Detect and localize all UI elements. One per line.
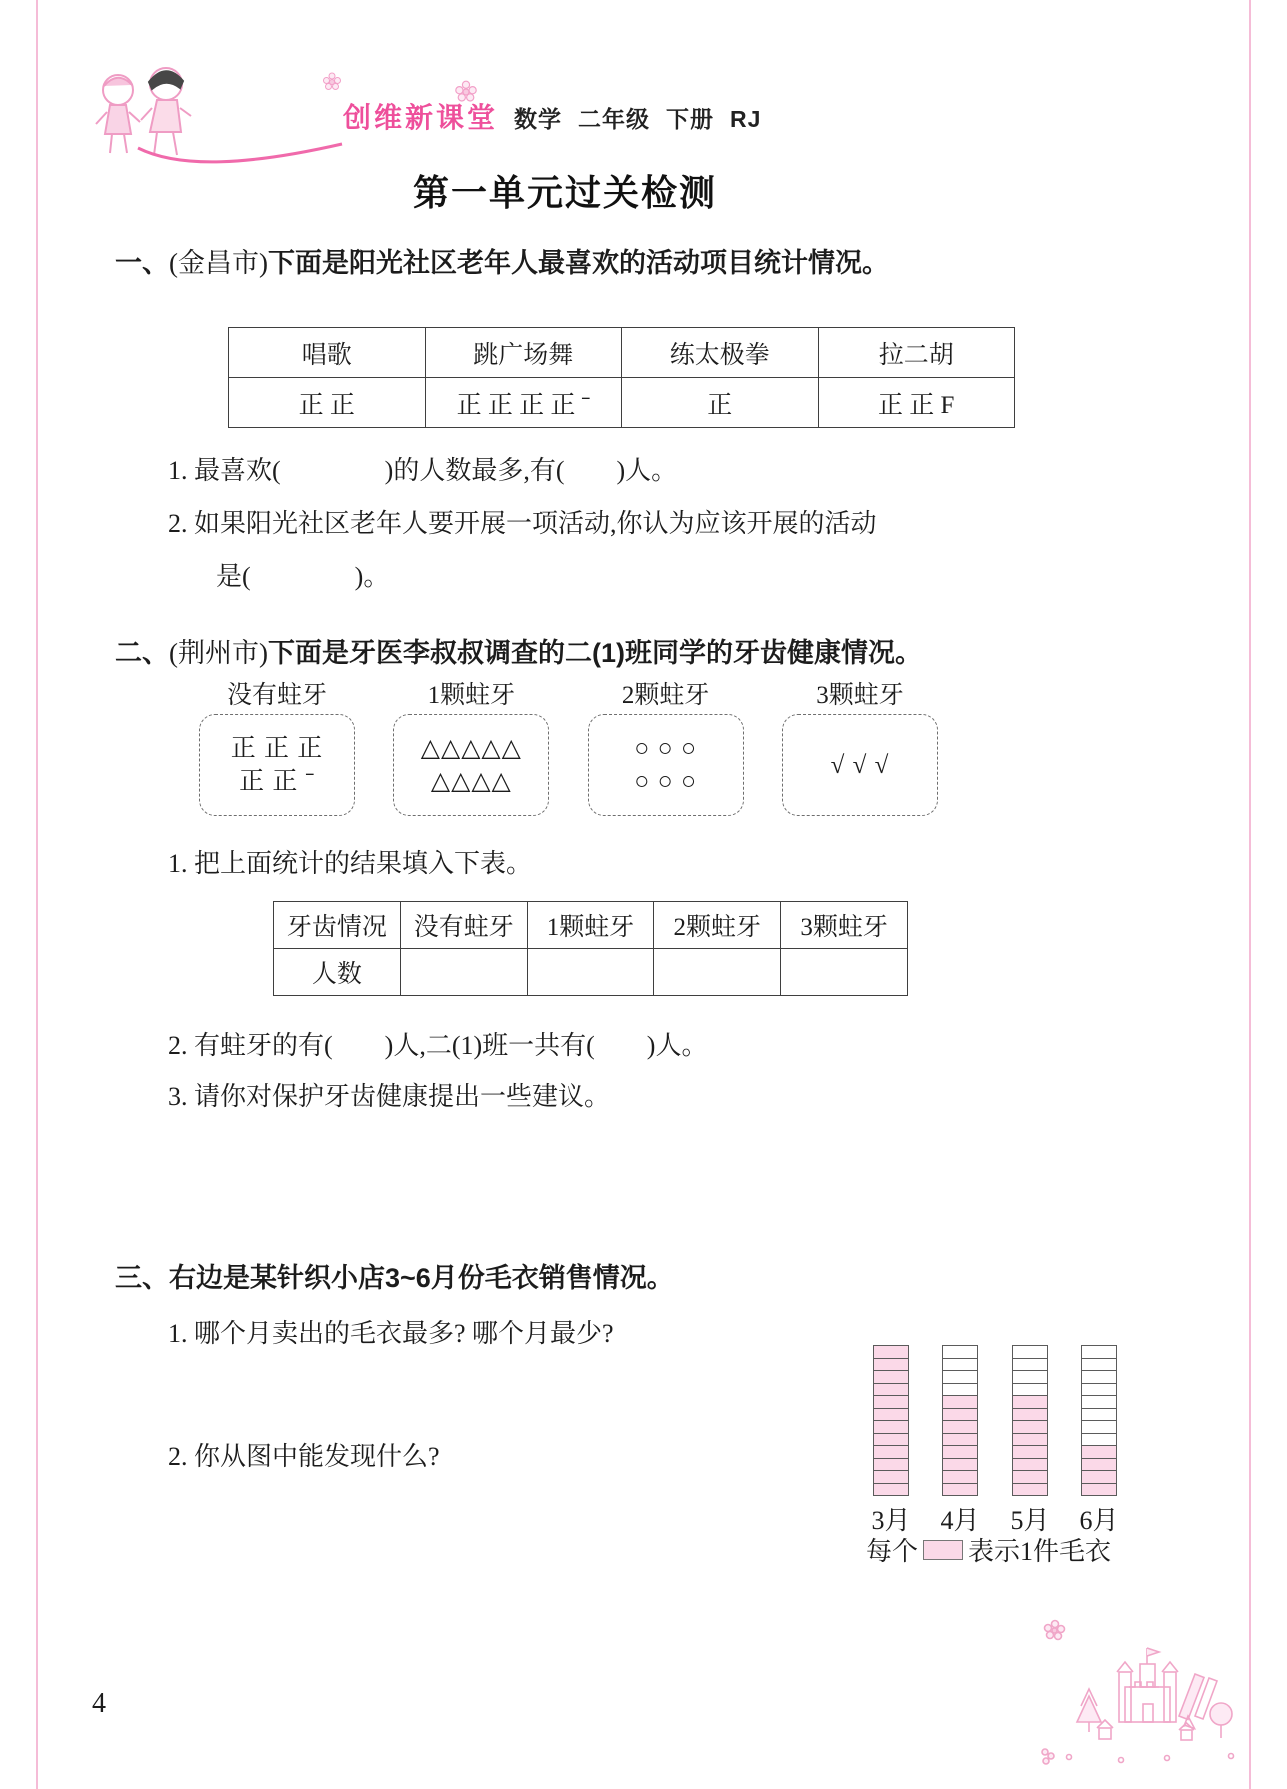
pictograph-cell — [1013, 1408, 1047, 1421]
teeth-header-cell: 没有蛀牙 — [400, 902, 527, 949]
pictograph-cell — [1013, 1358, 1047, 1371]
tally-box-group: 没有蛀牙正 正 正正 正 ˉ — [197, 682, 357, 816]
pictograph-column — [1012, 1345, 1048, 1496]
brand-logo-text: 创维新课堂 — [343, 96, 498, 136]
teeth-count-cell — [527, 949, 654, 996]
pictograph-cell — [1013, 1383, 1047, 1396]
pictograph-cell — [943, 1346, 977, 1358]
section2-question3: 3. 请你对保护牙齿健康提出一些建议。 — [168, 1076, 610, 1113]
tally-boxes: 没有蛀牙正 正 正正 正 ˉ1颗蛀牙△△△△△△△△△2颗蛀牙○ ○ ○○ ○ … — [197, 682, 940, 816]
pictograph-cell — [1013, 1470, 1047, 1483]
page-number: 4 — [92, 1688, 106, 1720]
pictograph-cell — [1082, 1470, 1116, 1483]
pictograph-cell — [943, 1483, 977, 1496]
pictograph-cell — [1013, 1458, 1047, 1471]
activity-header-cell: 唱歌 — [229, 328, 426, 378]
pictograph-cell — [1013, 1483, 1047, 1496]
teeth-header-cell: 牙齿情况 — [274, 902, 401, 949]
pictograph: 3月4月5月6月 — [873, 1345, 1117, 1545]
tally-box-group: 3颗蛀牙√ √ √ — [780, 682, 940, 816]
pictograph-cell — [1013, 1433, 1047, 1446]
workbook-page: 创维新课堂 数学 二年级 下册 RJ 第一单元过关检测 一、(金昌市)下面是阳光… — [0, 0, 1287, 1789]
pictograph-cell — [943, 1408, 977, 1421]
pictograph-cell — [874, 1483, 908, 1496]
tally-cell: 正 — [622, 378, 819, 428]
pictograph-cell — [1013, 1395, 1047, 1408]
pictograph-cell — [1013, 1370, 1047, 1383]
pictograph-column — [873, 1345, 909, 1496]
teeth-header-cell: 1颗蛀牙 — [527, 902, 654, 949]
section2-intro: 下面是牙医李叔叔调查的二(1)班同学的牙齿健康情况。 — [268, 638, 922, 668]
pictograph-cell — [1013, 1445, 1047, 1458]
pictograph-cell — [1082, 1408, 1116, 1421]
tally-cell: 正 正 — [229, 378, 426, 428]
section2-question1: 1. 把上面统计的结果填入下表。 — [168, 843, 532, 880]
pictograph-cell — [943, 1470, 977, 1483]
teeth-count-cell — [781, 949, 908, 996]
table-row: 人数 — [274, 949, 908, 996]
pictograph-column — [942, 1345, 978, 1496]
bottom-decoration-illustration — [1025, 1612, 1255, 1782]
section1-intro: 下面是阳光社区老年人最喜欢的活动项目统计情况。 — [268, 248, 889, 278]
pictograph-cell — [1082, 1433, 1116, 1446]
pictograph-cell — [874, 1395, 908, 1408]
tally-box-label: 1颗蛀牙 — [428, 682, 516, 714]
table-row: 牙齿情况没有蛀牙1颗蛀牙2颗蛀牙3颗蛀牙 — [274, 902, 908, 949]
edition-label: RJ — [730, 106, 761, 133]
tally-box-line: ○ ○ ○ — [634, 732, 697, 765]
pictograph-cell — [943, 1458, 977, 1471]
teeth-table: 牙齿情况没有蛀牙1颗蛀牙2颗蛀牙3颗蛀牙人数 — [273, 901, 908, 996]
tally-box: △△△△△△△△△ — [393, 714, 549, 816]
pictograph-cell — [1082, 1395, 1116, 1408]
tally-box: 正 正 正正 正 ˉ — [199, 714, 355, 816]
flower-icon — [1045, 1621, 1065, 1640]
pictograph-cell — [874, 1420, 908, 1433]
tally-box-line: ○ ○ ○ — [634, 765, 697, 798]
tally-cell: 正 正 F — [818, 378, 1015, 428]
page-title: 第一单元过关检测 — [115, 165, 1015, 216]
section1-question1: 1. 最喜欢( )的人数最多,有( )人。 — [168, 450, 677, 487]
pictograph-cell — [874, 1470, 908, 1483]
flower-icon — [322, 72, 342, 92]
section3-intro: 右边是某针织小店3~6月份毛衣销售情况。 — [169, 1263, 674, 1293]
page-header: 创维新课堂 数学 二年级 下册 RJ — [343, 96, 761, 136]
tally-box: ○ ○ ○○ ○ ○ — [588, 714, 744, 816]
tally-box-line: 正 正 ˉ — [239, 765, 315, 798]
pictograph-cell — [1082, 1483, 1116, 1496]
table-row: 正 正正 正 正 正 ˉ正正 正 F — [229, 378, 1015, 428]
tally-box-label: 3颗蛀牙 — [816, 682, 904, 714]
page-border-right — [1249, 0, 1251, 1789]
tally-box-line: △△△△△ — [421, 732, 522, 765]
pictograph-cell — [943, 1433, 977, 1446]
section1-heading: 一、(金昌市)下面是阳光社区老年人最喜欢的活动项目统计情况。 — [115, 241, 889, 280]
section3-question2: 2. 你从图中能发现什么? — [168, 1436, 440, 1473]
pictograph-cell — [874, 1358, 908, 1371]
legend-suffix: 表示1件毛衣 — [968, 1531, 1111, 1568]
pictograph-cell — [874, 1346, 908, 1358]
flower-icon — [1042, 1749, 1054, 1764]
pictograph-cell — [943, 1383, 977, 1396]
pictograph-cell — [1082, 1445, 1116, 1458]
pictograph-cell — [1082, 1346, 1116, 1358]
tally-box-line: √ √ √ — [831, 749, 890, 782]
pictograph-cell — [874, 1383, 908, 1396]
pictograph-cell — [1082, 1458, 1116, 1471]
pictograph-cell — [874, 1445, 908, 1458]
section3-heading: 三、右边是某针织小店3~6月份毛衣销售情况。 — [115, 1256, 674, 1295]
activity-header-cell: 练太极拳 — [622, 328, 819, 378]
section2-source: (荆州市) — [169, 638, 268, 668]
pictograph-cell — [943, 1445, 977, 1458]
pictograph-cell — [943, 1395, 977, 1408]
teeth-count-cell — [654, 949, 781, 996]
pictograph-cell — [1082, 1383, 1116, 1396]
table-row: 唱歌跳广场舞练太极拳拉二胡 — [229, 328, 1015, 378]
pictograph-cell — [1013, 1420, 1047, 1433]
tally-box-group: 1颗蛀牙△△△△△△△△△ — [391, 682, 551, 816]
section3-question1: 1. 哪个月卖出的毛衣最多? 哪个月最少? — [168, 1313, 614, 1350]
tally-box: √ √ √ — [782, 714, 938, 816]
pictograph-column — [1081, 1345, 1117, 1496]
volume-label: 下册 — [666, 101, 714, 134]
pictograph-cell — [943, 1358, 977, 1371]
section1-question2-line1: 2. 如果阳光社区老年人要开展一项活动,你认为应该开展的活动 — [168, 503, 877, 540]
section1-source: (金昌市) — [169, 248, 268, 278]
tally-box-line: 正 正 正 — [231, 732, 324, 765]
pictograph-legend: 每个 表示1件毛衣 — [866, 1531, 1111, 1568]
pictograph-cell — [1082, 1358, 1116, 1371]
pictograph-cell — [943, 1420, 977, 1433]
pictograph-cell — [1082, 1370, 1116, 1383]
pictograph-cell — [874, 1433, 908, 1446]
section2-question2: 2. 有蛀牙的有( )人,二(1)班一共有( )人。 — [168, 1025, 707, 1062]
tally-box-line: △△△△ — [431, 765, 512, 798]
subject-label: 数学 — [514, 101, 562, 134]
teeth-count-cell — [400, 949, 527, 996]
grade-label: 二年级 — [578, 101, 650, 134]
teeth-header-cell: 2颗蛀牙 — [654, 902, 781, 949]
activity-table: 唱歌跳广场舞练太极拳拉二胡正 正正 正 正 正 ˉ正正 正 F — [228, 327, 1015, 428]
pictograph-cell — [1013, 1346, 1047, 1358]
pictograph-cell — [874, 1370, 908, 1383]
tally-box-group: 2颗蛀牙○ ○ ○○ ○ ○ — [586, 682, 746, 816]
legend-swatch-icon — [923, 1540, 963, 1560]
tally-box-label: 没有蛀牙 — [227, 682, 327, 714]
section1-number: 一、 — [115, 248, 169, 278]
section2-heading: 二、(荆州市)下面是牙医李叔叔调查的二(1)班同学的牙齿健康情况。 — [115, 631, 922, 670]
activity-header-cell: 跳广场舞 — [425, 328, 622, 378]
activity-header-cell: 拉二胡 — [818, 328, 1015, 378]
section1-question2-line2: 是( )。 — [216, 556, 389, 593]
tally-box-label: 2颗蛀牙 — [622, 682, 710, 714]
pictograph-cell — [943, 1370, 977, 1383]
section2-number: 二、 — [115, 638, 169, 668]
section3-number: 三、 — [115, 1263, 169, 1293]
kids-illustration — [80, 52, 348, 167]
page-border-left — [36, 0, 38, 1789]
pictograph-cell — [1082, 1420, 1116, 1433]
tally-cell: 正 正 正 正 ˉ — [425, 378, 622, 428]
legend-prefix: 每个 — [866, 1531, 918, 1568]
teeth-header-cell: 3颗蛀牙 — [781, 902, 908, 949]
pictograph-cell — [874, 1458, 908, 1471]
teeth-count-cell: 人数 — [274, 949, 401, 996]
pictograph-cell — [874, 1408, 908, 1421]
